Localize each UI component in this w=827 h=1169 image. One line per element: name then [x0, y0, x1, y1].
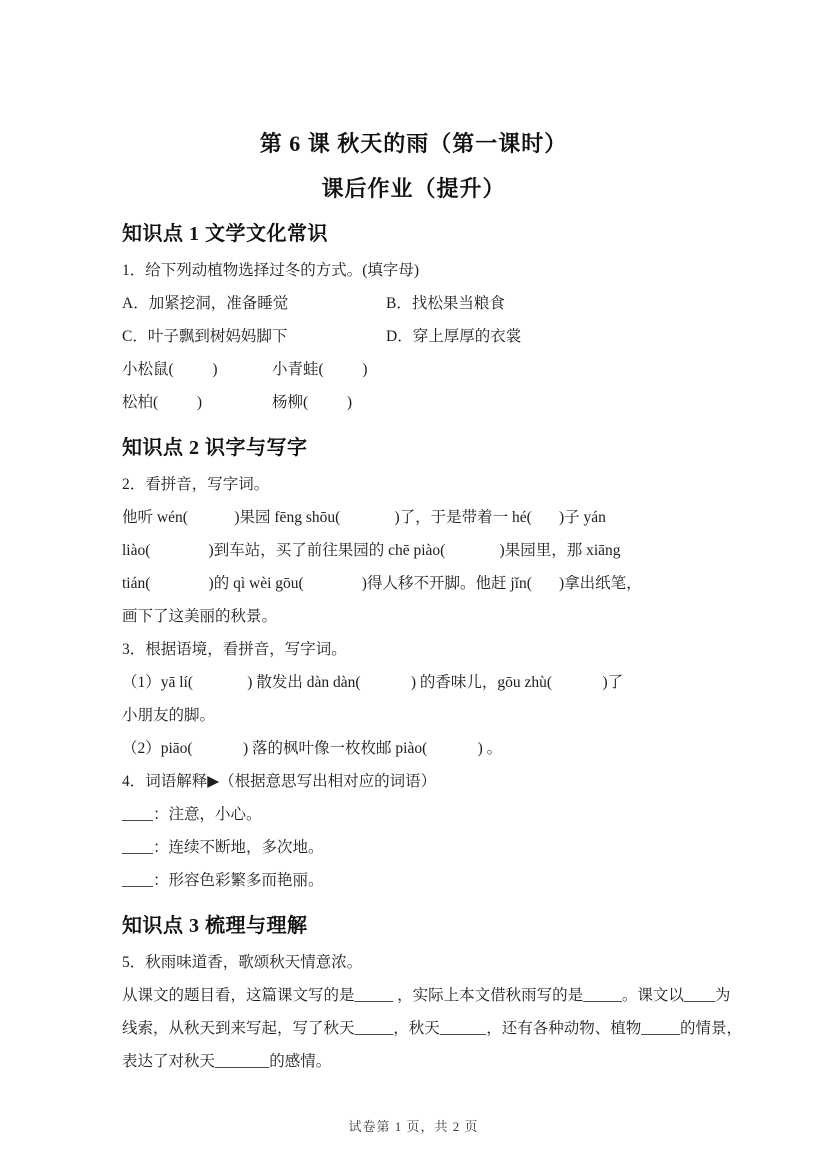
q5-line-1: 从课文的题目看，这篇课文写的是_____ ，实际上本文借秋雨写的是_____。课… [122, 979, 705, 1012]
page-subtitle: 课后作业（提升） [122, 173, 705, 204]
q2-line-1: 他听 wén( )果园 fēng shōu( )了，于是带着一 hé( )子 y… [122, 501, 705, 534]
section2-heading: 知识点 2 识字与写字 [122, 432, 705, 464]
q4-item-3: ____：形容色彩繁多而艳丽。 [122, 864, 705, 897]
q1-answer-row-1: 小松鼠( ) 小青蛙( ) [122, 353, 705, 386]
q1-blank-squirrel: 小松鼠( ) [122, 353, 272, 386]
worksheet-page: 第 6 课 秋天的雨（第一课时） 课后作业（提升） 知识点 1 文学文化常识 1… [0, 0, 827, 1169]
q1-answer-row-2: 松柏( ) 杨柳( ) [122, 386, 705, 419]
q3-line-1: （1）yā lí( ) 散发出 dàn dàn( ) 的香味儿，gōu zhù(… [122, 666, 705, 699]
q1-option-row-ab: A．加紧挖洞，准备睡觉 B．找松果当粮食 [122, 287, 705, 320]
q4-prompt: 4．词语解释▶（根据意思写出相对应的词语） [122, 765, 705, 798]
q4-item-1: ____：注意，小心。 [122, 798, 705, 831]
q3-line-3: （2）piāo( ) 落的枫叶像一枚枚邮 piào( ) 。 [122, 732, 705, 765]
q1-option-a: A．加紧挖洞，准备睡觉 [122, 287, 386, 320]
q4-item-2: ____：连续不断地，多次地。 [122, 831, 705, 864]
q1-option-d: D．穿上厚厚的衣裳 [386, 320, 521, 353]
section3-heading: 知识点 3 梳理与理解 [122, 910, 705, 942]
q2-line-2: liào( )到车站，买了前往果园的 chē piào( )果园里，那 xiān… [122, 534, 705, 567]
q1-option-b: B．找松果当粮食 [386, 287, 505, 320]
section1-heading: 知识点 1 文学文化常识 [122, 218, 705, 250]
q1-prompt: 1．给下列动植物选择过冬的方式。(填字母) [122, 254, 705, 287]
page-title: 第 6 课 秋天的雨（第一课时） [122, 128, 705, 159]
q1-blank-pine: 松柏( ) [122, 386, 272, 419]
q3-prompt: 3．根据语境，看拼音，写字词。 [122, 633, 705, 666]
q5-line-2: 线索，从秋天到来写起，写了秋天_____，秋天______，还有各种动物、植物_… [122, 1012, 705, 1045]
q1-blank-willow: 杨柳( ) [272, 386, 352, 419]
q1-option-row-cd: C．叶子飘到树妈妈脚下 D．穿上厚厚的衣裳 [122, 320, 705, 353]
q3-line-2: 小朋友的脚。 [122, 699, 705, 732]
q2-prompt: 2．看拼音，写字词。 [122, 468, 705, 501]
page-footer: 试卷第 1 页，共 2 页 [0, 1116, 827, 1135]
q5-prompt: 5．秋雨味道香，歌颂秋天情意浓。 [122, 946, 705, 979]
q1-blank-frog: 小青蛙( ) [272, 353, 368, 386]
q1-option-c: C．叶子飘到树妈妈脚下 [122, 320, 386, 353]
q5-line-3: 表达了对秋天_______的感情。 [122, 1045, 705, 1078]
q2-line-4: 画下了这美丽的秋景。 [122, 600, 705, 633]
q2-line-3: tián( )的 qì wèi gōu( )得人移不开脚。他赶 jǐn( )拿出… [122, 567, 705, 600]
